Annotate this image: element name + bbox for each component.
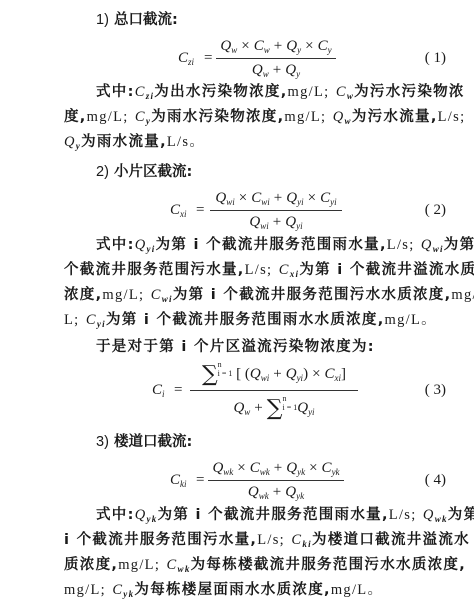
- fraction: Qwi×Cwi+Qyi×Cyi Qwi+Qyi: [210, 190, 342, 231]
- numerator: Qw×Cw+Qy×Cy: [216, 38, 336, 55]
- equation-number: ( 4): [425, 472, 446, 489]
- equation-lhs: Cki: [170, 472, 187, 489]
- section-heading-3: 3) 楼道口截流:: [96, 430, 192, 451]
- text-line: mg/L; Cyk为每栋楼屋面雨水水质浓度,mg/L。: [64, 580, 451, 604]
- fraction-bar: [216, 58, 336, 59]
- equation-number: ( 1): [425, 50, 446, 67]
- section-heading-1: 1) 总口截流:: [96, 8, 178, 29]
- equation-lhs: Ci: [152, 382, 165, 399]
- fraction: Qw×Cw+Qy×Cy Qw+Qy: [216, 38, 336, 79]
- equation-1: Czi = Qw×Cw+Qy×Cy Qw+Qy ( 1): [0, 38, 474, 78]
- denominator: Qw+Qy: [216, 62, 336, 79]
- sum-symbol: ∑: [202, 362, 218, 387]
- text-line: 个截流井服务范围污水量,L/s; Cxi为第 i 个截流井溢流水质: [64, 260, 451, 284]
- equals-sign: =: [200, 50, 216, 67]
- fraction-bar: [208, 480, 344, 481]
- section-title: 小片区截流:: [114, 164, 192, 180]
- denominator: Qwi+Qyi: [210, 214, 342, 231]
- equation-lhs: Cxi: [170, 202, 187, 219]
- section-number: 2): [96, 164, 109, 180]
- sum-symbol: ∑: [267, 396, 283, 421]
- numerator: Qwk×Cwk+Qyk×Cyk: [208, 460, 344, 477]
- section-title: 总口截流:: [114, 12, 178, 28]
- equation-number: ( 3): [425, 382, 446, 399]
- section-number: 1): [96, 12, 109, 28]
- text-line: i 个截流井服务范围污水量,L/s; Cki为楼道口截流井溢流水: [64, 530, 451, 554]
- denominator: Qw+∑ni = 1Qyi: [190, 394, 358, 421]
- equation-4: Cki = Qwk×Cwk+Qyk×Cyk Qwk+Qyk ( 4): [0, 460, 474, 500]
- denominator: Qwk+Qyk: [208, 484, 344, 501]
- text-line: 质浓度,mg/L; Cwk为每栋楼截流井服务范围污水水质浓度,: [64, 555, 451, 579]
- text-line: 于是对于第 i 个片区溢流污染物浓度为:: [96, 337, 474, 357]
- section-heading-2: 2) 小片区截流:: [96, 160, 192, 181]
- equals-sign: =: [192, 202, 208, 219]
- section-number: 3): [96, 434, 109, 450]
- text-line: Qy为雨水流量,L/s。: [64, 132, 451, 156]
- text-line: 度,mg/L; Cy为雨水污染物浓度,mg/L; Qw为污水流量,L/s;: [64, 107, 451, 131]
- numerator: Qwi×Cwi+Qyi×Cyi: [210, 190, 342, 207]
- text-line: 浓度,mg/L; Cwi为第 i 个截流井服务范围污水水质浓度,mg/: [64, 285, 451, 309]
- equals-sign: =: [170, 382, 186, 399]
- equation-3: Ci = ∑ni = 1 [ (Qwi+Qyi)×Cxi] Qw+∑ni = 1…: [0, 360, 474, 420]
- equation-2: Cxi = Qwi×Cwi+Qyi×Cyi Qwi+Qyi ( 2): [0, 190, 474, 230]
- equation-number: ( 2): [425, 202, 446, 219]
- fraction-bar: [210, 210, 342, 211]
- fraction: Qwk×Cwk+Qyk×Cyk Qwk+Qyk: [208, 460, 344, 501]
- text-line: 式中:Czi为出水污染物浓度,mg/L; Cw为污水污染物浓: [96, 82, 474, 106]
- text-line: L; Cyi为第 i 个截流井服务范围雨水水质浓度,mg/L。: [64, 310, 451, 334]
- fraction-bar: [190, 390, 358, 391]
- section-title: 楼道口截流:: [114, 434, 192, 450]
- fraction: ∑ni = 1 [ (Qwi+Qyi)×Cxi] Qw+∑ni = 1Qyi: [190, 360, 358, 421]
- numerator: ∑ni = 1 [ (Qwi+Qyi)×Cxi]: [190, 360, 358, 387]
- text-line: 式中:Qyi为第 i 个截流井服务范围雨水量,L/s; Qwi为第 i: [96, 235, 451, 259]
- equals-sign: =: [192, 472, 208, 489]
- text-line: 式中:Qyk为第 i 个截流井服务范围雨水量,L/s; Qwk为第: [96, 505, 451, 529]
- equation-lhs: Czi: [178, 50, 194, 67]
